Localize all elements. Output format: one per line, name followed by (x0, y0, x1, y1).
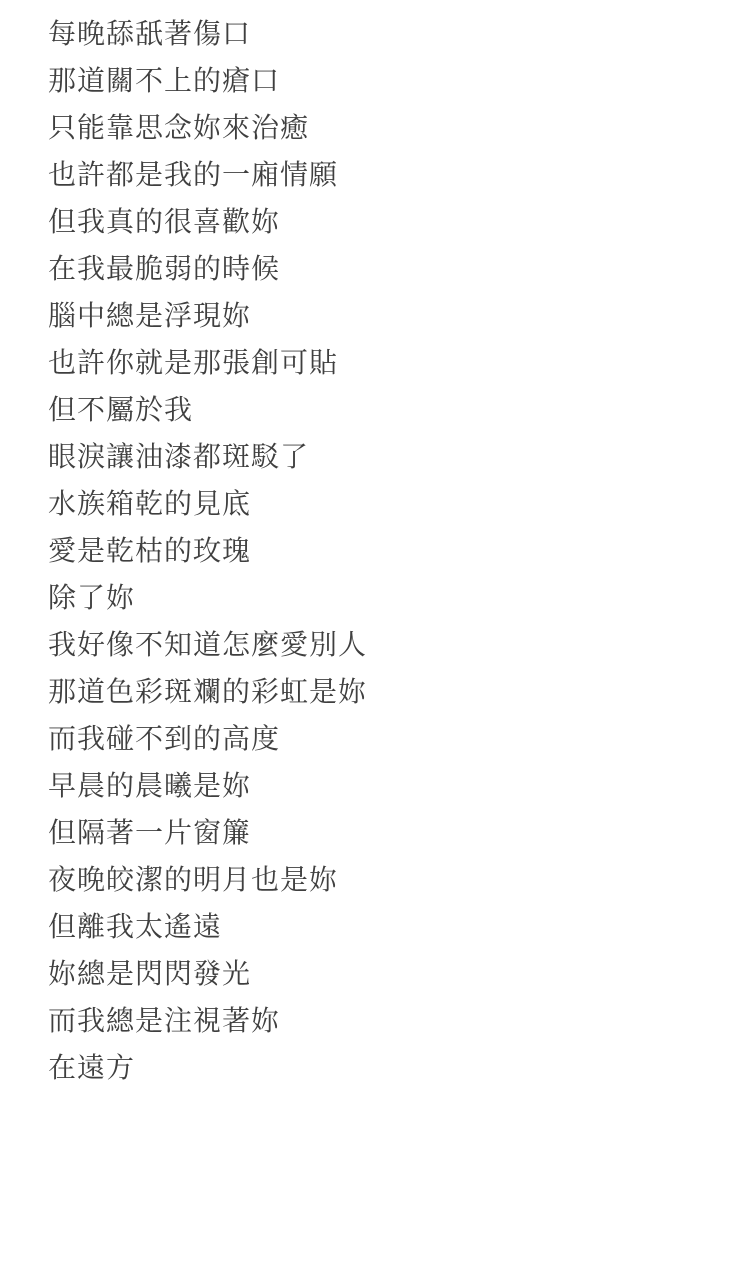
lyric-line: 愛是乾枯的玫瑰 (48, 527, 700, 574)
lyric-line: 只能靠思念妳來治癒 (48, 104, 700, 151)
lyric-line: 但我真的很喜歡妳 (48, 198, 700, 245)
lyric-line: 每晚舔舐著傷口 (48, 10, 700, 57)
lyric-line: 但離我太遙遠 (48, 903, 700, 950)
lyric-line: 妳總是閃閃發光 (48, 950, 700, 997)
lyric-line: 水族箱乾的見底 (48, 480, 700, 527)
lyric-line: 眼淚讓油漆都斑駁了 (48, 433, 700, 480)
lyric-line: 在我最脆弱的時候 (48, 245, 700, 292)
lyric-line: 夜晚皎潔的明月也是妳 (48, 856, 700, 903)
lyric-line: 也許都是我的一廂情願 (48, 151, 700, 198)
lyrics-page: 每晚舔舐著傷口 那道關不上的瘡口 只能靠思念妳來治癒 也許都是我的一廂情願 但我… (0, 0, 740, 1272)
lyric-line: 但隔著一片窗簾 (48, 809, 700, 856)
lyric-line: 但不屬於我 (48, 386, 700, 433)
lyric-line: 那道色彩斑斕的彩虹是妳 (48, 668, 700, 715)
lyric-line: 那道關不上的瘡口 (48, 57, 700, 104)
lyric-line: 在遠方 (48, 1044, 700, 1091)
lyric-line: 早晨的晨曦是妳 (48, 762, 700, 809)
lyric-line: 除了妳 (48, 574, 700, 621)
lyric-line: 我好像不知道怎麼愛別人 (48, 621, 700, 668)
lyric-line: 而我總是注視著妳 (48, 997, 700, 1044)
lyric-line: 也許你就是那張創可貼 (48, 339, 700, 386)
lyric-line: 腦中總是浮現妳 (48, 292, 700, 339)
lyric-line: 而我碰不到的高度 (48, 715, 700, 762)
